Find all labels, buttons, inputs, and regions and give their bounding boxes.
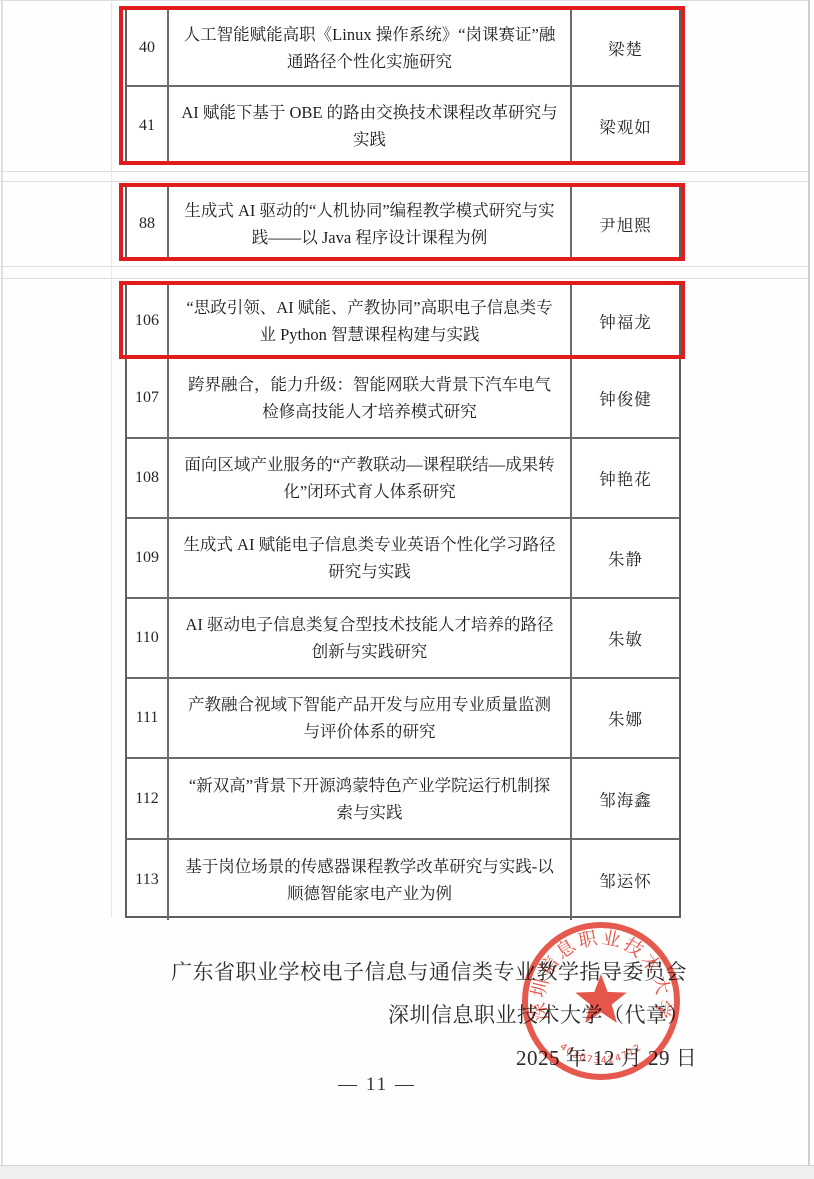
scan-seam-top	[0, 0, 810, 1]
project-title-cell: 生成式 AI 驱动的“人机协同”编程教学模式研究与实践——以 Java 程序设计…	[169, 187, 572, 261]
page-edge-right	[808, 0, 810, 1166]
person-name-cell: 钟福龙	[572, 285, 679, 357]
person-name-cell: 梁楚	[572, 10, 679, 85]
project-title-cell: 基于岗位场景的传感器课程教学改革研究与实践-以顺德智能家电产业为例	[169, 840, 572, 920]
table-section: 106 “思政引领、AI 赋能、产教协同”高职电子信息类专业 Python 智慧…	[125, 283, 681, 918]
project-title-cell: “思政引领、AI 赋能、产教协同”高职电子信息类专业 Python 智慧课程构建…	[169, 285, 572, 357]
project-title-cell: 生成式 AI 赋能电子信息类专业英语个性化学习路径研究与实践	[169, 519, 572, 597]
table-row: 113 基于岗位场景的传感器课程教学改革研究与实践-以顺德智能家电产业为例 邹运…	[127, 840, 679, 920]
table-row: 112 “新双高”背景下开源鸿蒙特色产业学院运行机制探索与实践 邹海鑫	[127, 759, 679, 840]
row-number-cell: 109	[127, 519, 169, 597]
scanned-document-page: { "page": { "number_label": "— 11 —" }, …	[0, 0, 814, 1179]
person-name-cell: 邹运怀	[572, 840, 679, 920]
project-title-cell: AI 驱动电子信息类复合型技术技能人才培养的路径创新与实践研究	[169, 599, 572, 677]
person-name-cell: 朱娜	[572, 679, 679, 757]
person-name-cell: 尹旭熙	[572, 187, 679, 261]
project-title-cell: 产教融合视域下智能产品开发与应用专业质量监测与评价体系的研究	[169, 679, 572, 757]
row-number-cell: 40	[127, 10, 169, 85]
issue-date-line: 2025 年 12 月 29 日	[516, 1042, 697, 1072]
row-number-cell: 113	[127, 840, 169, 920]
row-number-cell: 106	[127, 285, 169, 357]
table-row: 109 生成式 AI 赋能电子信息类专业英语个性化学习路径研究与实践 朱静	[127, 519, 679, 599]
page-edge-left	[1, 0, 3, 1166]
person-name-cell: 钟艳花	[572, 439, 679, 517]
table-row: 111 产教融合视域下智能产品开发与应用专业质量监测与评价体系的研究 朱娜	[127, 679, 679, 759]
table-row: 88 生成式 AI 驱动的“人机协同”编程教学模式研究与实践——以 Java 程…	[127, 187, 679, 261]
screenshot-strip-edge	[111, 0, 112, 918]
scan-seam	[0, 171, 810, 172]
project-title-cell: 面向区域产业服务的“产教联动—课程联结—成果转化”闭环式育人体系研究	[169, 439, 572, 517]
row-number-cell: 41	[127, 87, 169, 165]
scan-bottom-band	[0, 1165, 814, 1179]
row-number-cell: 110	[127, 599, 169, 677]
person-name-cell: 邹海鑫	[572, 759, 679, 838]
project-title-cell: AI 赋能下基于 OBE 的路由交换技术课程改革研究与实践	[169, 87, 572, 165]
person-name-cell: 钟俊健	[572, 359, 679, 437]
table-row: 108 面向区域产业服务的“产教联动—课程联结—成果转化”闭环式育人体系研究 钟…	[127, 439, 679, 519]
row-number-cell: 88	[127, 187, 169, 261]
project-title-cell: 跨界融合，能力升级：智能网联大背景下汽车电气检修高技能人才培养模式研究	[169, 359, 572, 437]
table-section: 40 人工智能赋能高职《Linux 操作系统》“岗课赛证”融通路径个性化实施研究…	[125, 8, 681, 163]
issuing-school-line: 深圳信息职业技术大学（代章）	[388, 999, 689, 1029]
person-name-cell: 朱静	[572, 519, 679, 597]
page-number: — 11 —	[327, 1074, 427, 1096]
row-number-cell: 107	[127, 359, 169, 437]
project-title-cell: 人工智能赋能高职《Linux 操作系统》“岗课赛证”融通路径个性化实施研究	[169, 10, 572, 85]
table-row: 110 AI 驱动电子信息类复合型技术技能人才培养的路径创新与实践研究 朱敏	[127, 599, 679, 679]
person-name-cell: 梁观如	[572, 87, 679, 165]
person-name-cell: 朱敏	[572, 599, 679, 677]
scan-seam	[0, 181, 810, 182]
project-title-cell: “新双高”背景下开源鸿蒙特色产业学院运行机制探索与实践	[169, 759, 572, 838]
table-row: 107 跨界融合，能力升级：智能网联大背景下汽车电气检修高技能人才培养模式研究 …	[127, 359, 679, 439]
row-number-cell: 108	[127, 439, 169, 517]
scan-seam	[0, 278, 810, 279]
table-section: 88 生成式 AI 驱动的“人机协同”编程教学模式研究与实践——以 Java 程…	[125, 185, 681, 259]
table-row: 41 AI 赋能下基于 OBE 的路由交换技术课程改革研究与实践 梁观如	[127, 87, 679, 165]
scan-seam	[0, 266, 810, 267]
table-row: 40 人工智能赋能高职《Linux 操作系统》“岗课赛证”融通路径个性化实施研究…	[127, 10, 679, 87]
issuing-committee-line: 广东省职业学校电子信息与通信类专业教学指导委员会	[171, 956, 687, 986]
row-number-cell: 112	[127, 759, 169, 838]
table-row: 106 “思政引领、AI 赋能、产教协同”高职电子信息类专业 Python 智慧…	[127, 285, 679, 359]
row-number-cell: 111	[127, 679, 169, 757]
